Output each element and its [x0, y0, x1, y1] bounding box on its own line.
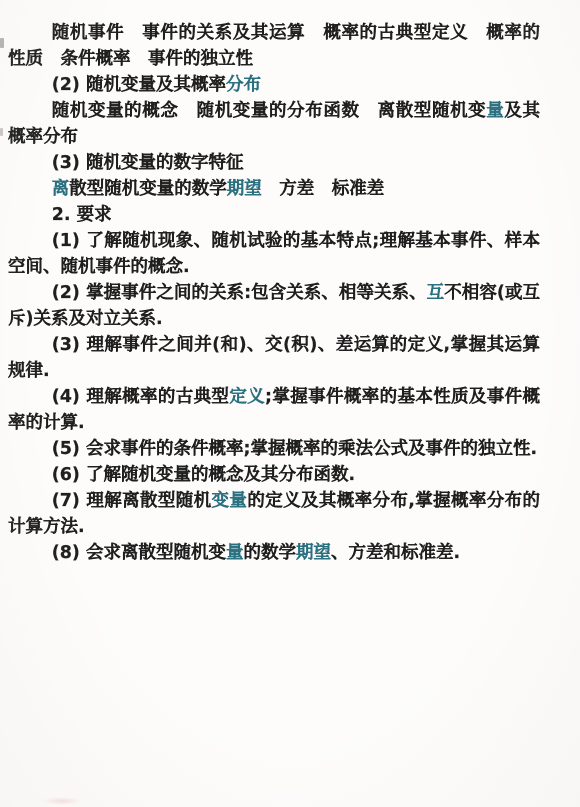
paragraph: 2. 要求 [8, 202, 540, 228]
text-segment-tinted: 定义 [229, 387, 265, 407]
text-segment: (6) 了解随机变量的概念及其分布函数. [52, 465, 355, 485]
page-text-block: 随机事件 事件的关系及其运算 概率的古典型定义 概率的性质 条件概率 事件的独立… [8, 20, 540, 566]
text-segment-tinted: 离 [52, 179, 70, 199]
text-segment: 、方差和标准差. [331, 543, 460, 563]
paragraph: 随机事件 事件的关系及其运算 概率的古典型定义 概率的性质 条件概率 事件的独立… [8, 20, 540, 72]
paragraph: 离散型随机变量的数学期望 方差 标准差 [8, 176, 540, 202]
text-segment: 随机事件 事件的关系及其运算 概率的古典型定义 概率的性质 条件概率 事件的独立… [8, 23, 540, 69]
paragraph: (2) 随机变量及其概率分布 [8, 72, 540, 98]
paragraph: (3) 随机变量的数字特征 [8, 150, 540, 176]
text-segment-tinted: 互 [427, 283, 445, 303]
text-segment: (7) 理解离散型随机 [52, 491, 212, 511]
text-segment: (3) 理解事件之间并(和)、交(积)、差运算的定义,掌握其运算规律. [8, 335, 540, 381]
text-segment-tinted: 变量 [212, 491, 248, 511]
paragraph: (1) 了解随机现象、随机试验的基本特点;理解基本事件、样本空间、随机事件的概念… [8, 228, 540, 280]
paragraph: (7) 理解离散型随机变量的定义及其概率分布,掌握概率分布的计算方法. [8, 488, 540, 540]
text-segment-tinted: 期望 [227, 179, 262, 199]
text-segment: 2. 要求 [52, 205, 112, 225]
paragraph: (5) 会求事件的条件概率;掌握概率的乘法公式及事件的独立性. [8, 436, 540, 462]
text-segment: (2) 掌握事件之间的关系:包含关系、相等关系、 [52, 283, 427, 303]
document-page: 随机事件 事件的关系及其运算 概率的古典型定义 概率的性质 条件概率 事件的独立… [0, 0, 580, 807]
text-segment-tinted: 期望 [296, 543, 331, 563]
text-segment: 方差 标准差 [262, 179, 385, 199]
text-segment: 散型随机变量的数学 [69, 179, 227, 199]
text-segment: (2) 随机变量及其概率 [52, 75, 226, 95]
paragraph: (6) 了解随机变量的概念及其分布函数. [8, 462, 540, 488]
paragraph: (2) 掌握事件之间的关系:包含关系、相等关系、互不相容(或互斥)关系及对立关系… [8, 280, 540, 332]
text-segment: (4) 理解概率的古典型 [52, 387, 230, 407]
paragraph: (3) 理解事件之间并(和)、交(积)、差运算的定义,掌握其运算规律. [8, 332, 540, 384]
text-segment: 随机变量的概念 随机变量的分布函数 离散型随机变 [52, 101, 487, 121]
scan-smudge-artifact [42, 797, 82, 805]
text-segment: 的数学 [244, 543, 297, 563]
text-segment: (3) 随机变量的数字特征 [52, 153, 244, 173]
text-segment: (1) 了解随机现象、随机试验的基本特点;理解基本事件、样本空间、随机事件的概念… [8, 231, 540, 277]
text-segment: (8) 会求离散型随机变 [52, 543, 226, 563]
text-segment-tinted: 量 [486, 101, 504, 121]
paragraph: (4) 理解概率的古典型定义;掌握事件概率的基本性质及事件概率的计算. [8, 384, 540, 436]
scan-edge-mark [0, 128, 3, 136]
paragraph: (8) 会求离散型随机变量的数学期望、方差和标准差. [8, 540, 540, 566]
text-segment-tinted: 分布 [226, 75, 261, 95]
text-segment-tinted: 量 [226, 543, 244, 563]
scan-edge-mark [0, 38, 4, 48]
paragraph: 随机变量的概念 随机变量的分布函数 离散型随机变量及其概率分布 [8, 98, 540, 150]
text-segment: (5) 会求事件的条件概率;掌握概率的乘法公式及事件的独立性. [52, 439, 537, 459]
